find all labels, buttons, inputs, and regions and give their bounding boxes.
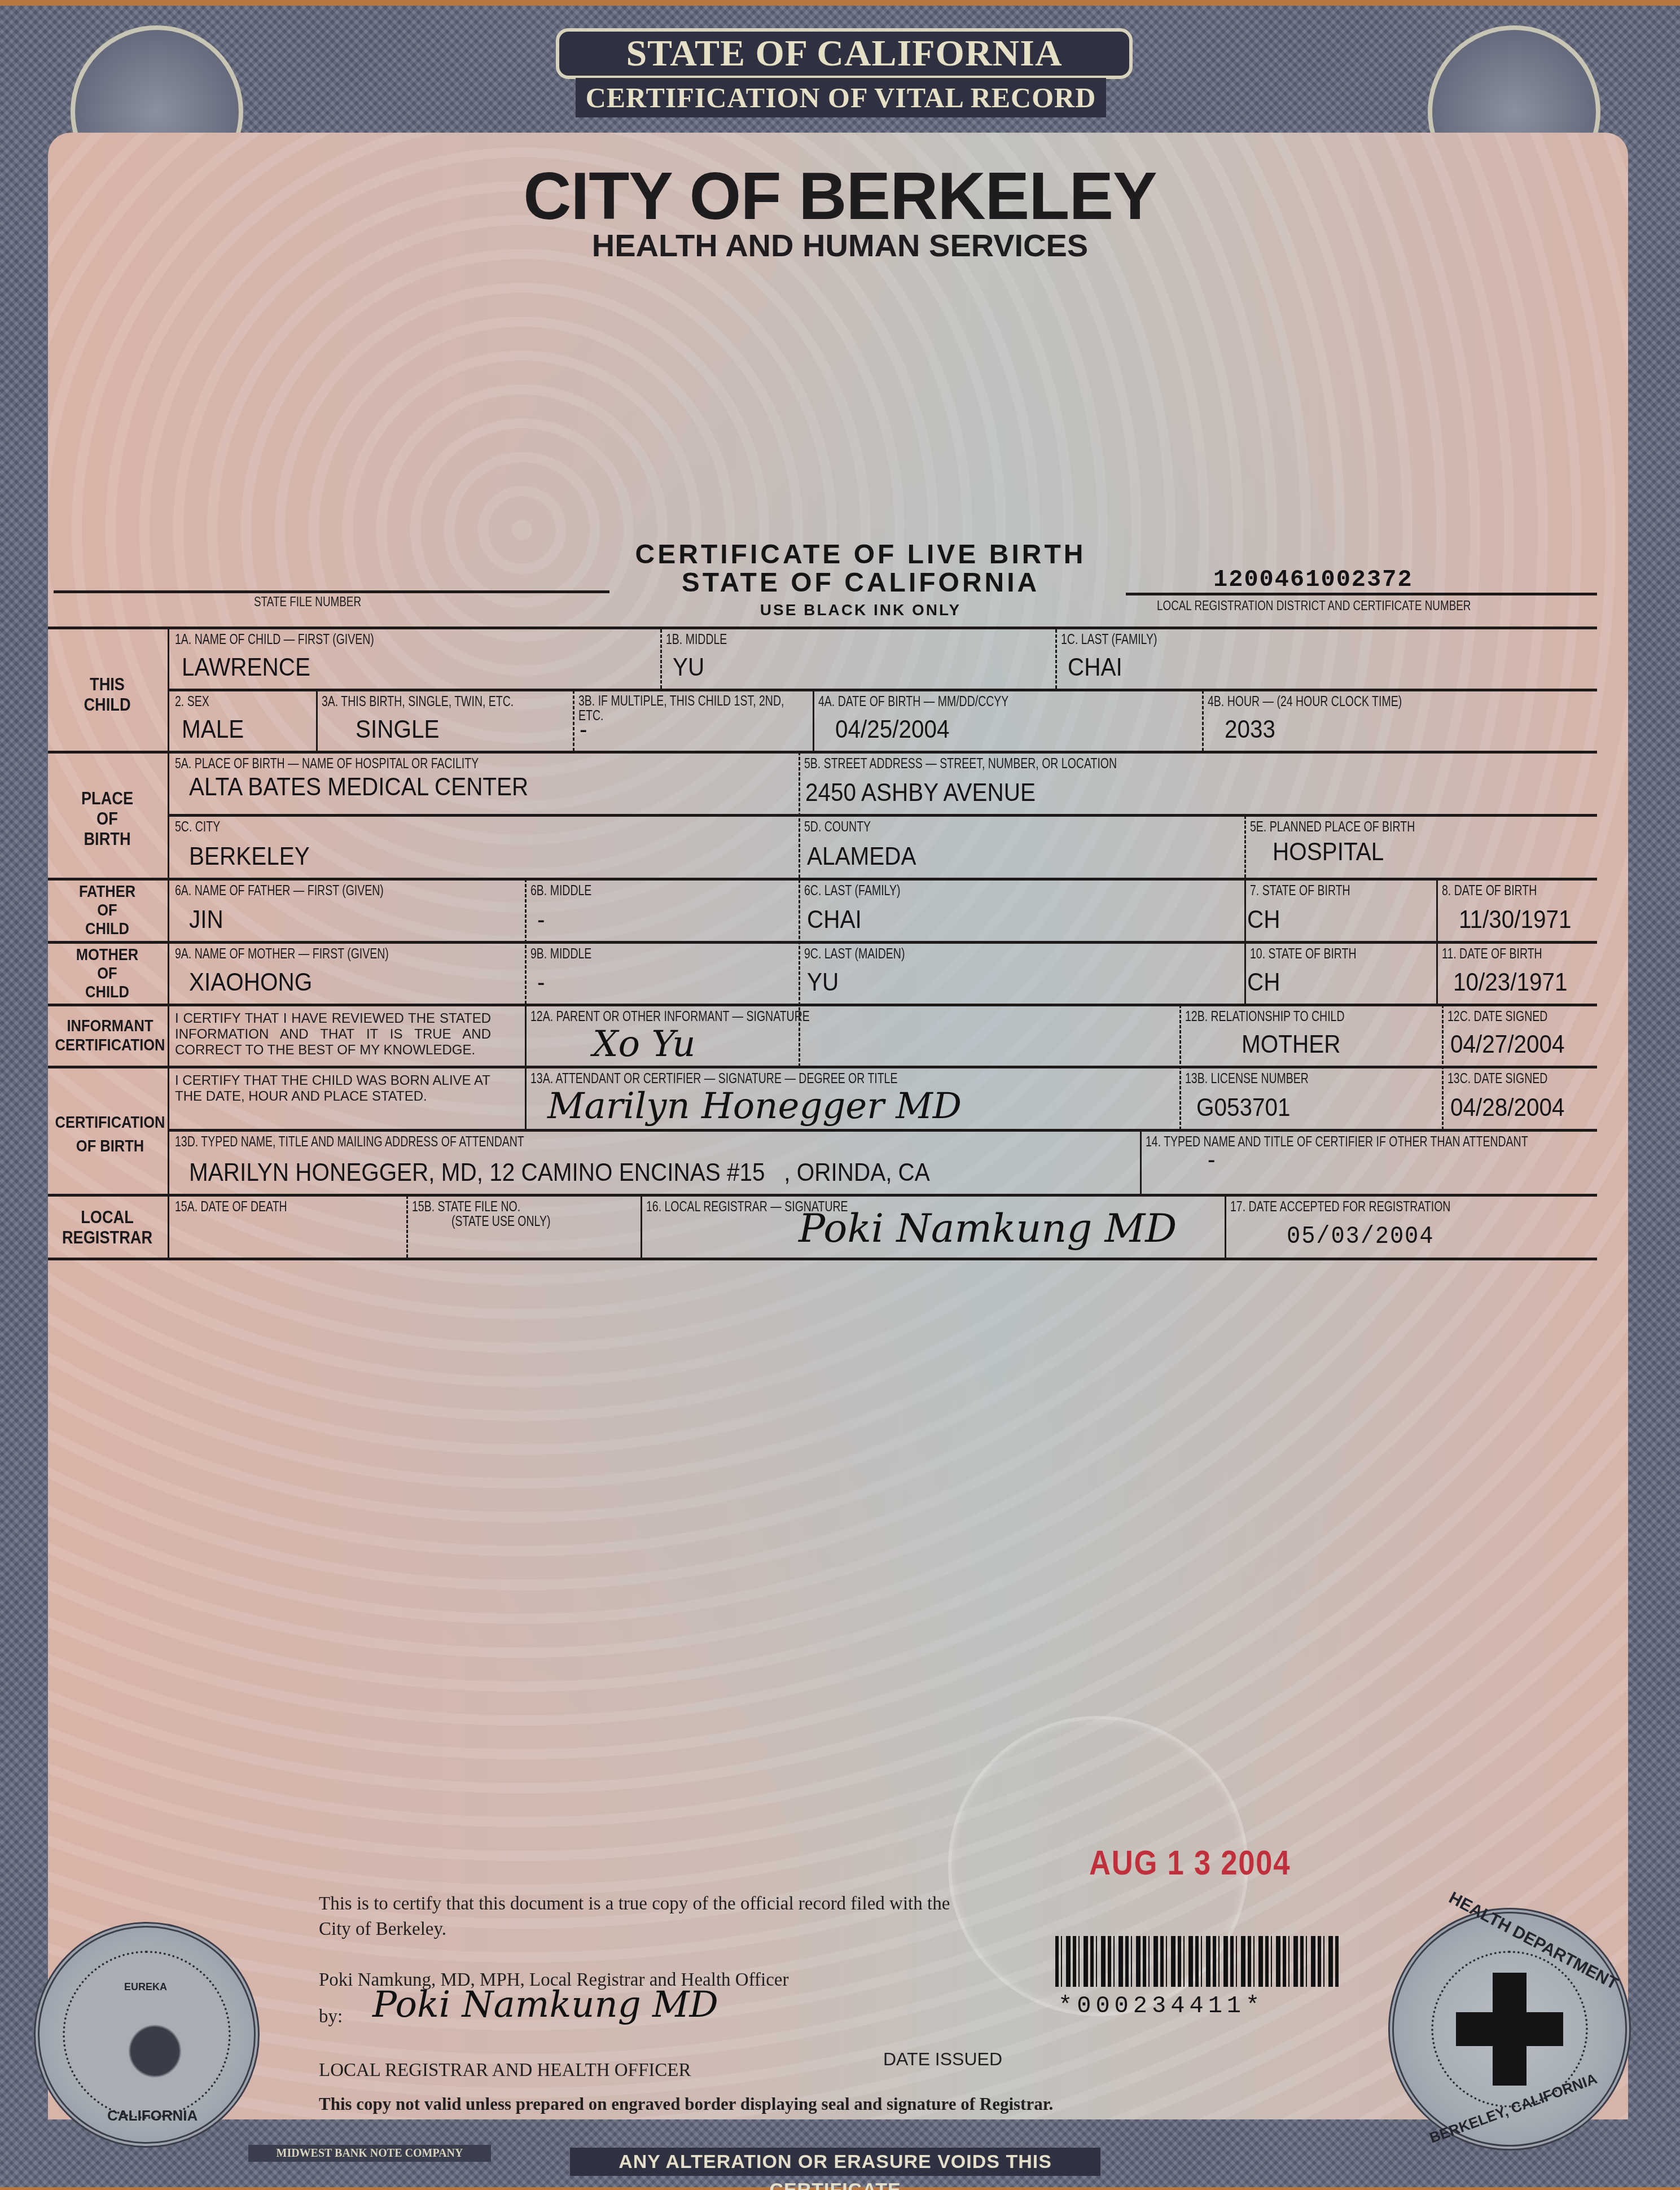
field-value: 2450 ASHBY AVENUE — [805, 779, 1036, 807]
seal-bottom-text: CALIFORNIA — [107, 2107, 198, 2125]
section-certification: CERTIFICATION OF BIRTH — [52, 1078, 168, 1191]
birth-record-table: THIS CHILD PLACE OF BIRTH FATHER OF CHIL… — [48, 627, 1597, 1264]
printer-label: MIDWEST BANK NOTE COMPANY — [248, 2145, 491, 2162]
field-label: 6B. MIDDLE — [530, 883, 591, 899]
date-issued-stamp: AUG 1 3 2004 — [1089, 1843, 1291, 1883]
field-label: 9A. NAME OF MOTHER — FIRST (GIVEN) — [175, 946, 389, 962]
vital-record-banner: CERTIFICATION OF VITAL RECORD — [576, 78, 1106, 117]
field-1c-last-name: 1C. LAST (FAMILY) CHAI — [1055, 629, 1597, 689]
field-16-local-registrar: 16. LOCAL REGISTRAR — SIGNATURE Poki Nam… — [641, 1197, 1225, 1258]
field-label: 13A. ATTENDANT OR CERTIFIER — SIGNATURE … — [530, 1071, 897, 1087]
field-label: 8. DATE OF BIRTH — [1442, 883, 1537, 899]
field-1a-first-name: 1A. NAME OF CHILD — FIRST (GIVEN) LAWREN… — [169, 629, 660, 689]
field-9a-mother-first: 9A. NAME OF MOTHER — FIRST (GIVEN) XIAOH… — [169, 944, 525, 1004]
field-label: 5A. PLACE OF BIRTH — NAME OF HOSPITAL OR… — [175, 756, 479, 772]
department-title: HEALTH AND HUMAN SERVICES — [0, 227, 1680, 264]
field-label: 12B. RELATIONSHIP TO CHILD — [1185, 1009, 1344, 1025]
state-banner: STATE OF CALIFORNIA — [556, 28, 1133, 79]
field-value: G053701 — [1196, 1094, 1291, 1122]
field-label: 3A. THIS BIRTH, SINGLE, TWIN, ETC. — [322, 694, 514, 710]
field-value: CHAI — [1068, 654, 1122, 682]
field-5b-street-address: 5B. STREET ADDRESS — STREET, NUMBER, OR … — [799, 754, 1597, 814]
health-cross-icon-bar — [1456, 2012, 1563, 2046]
field-13c-date-signed: 13C. DATE SIGNED 04/28/2004 — [1442, 1068, 1597, 1129]
field-label: 2. SEX — [175, 694, 209, 710]
field-6b-father-middle: 6B. MIDDLE - — [525, 881, 799, 941]
field-5c-city: 5C. CITY BERKELEY — [169, 817, 799, 878]
field-label: 13C. DATE SIGNED — [1447, 1071, 1547, 1087]
field-label: 1C. LAST (FAMILY) — [1061, 632, 1157, 648]
section-father: FATHER OF CHILD — [76, 879, 139, 940]
field-value: BERKELEY — [189, 843, 310, 871]
local-registration-number: 1200461002372 — [1213, 566, 1413, 593]
field-2-sex: 2. SEX MALE — [169, 691, 316, 751]
field-15a-date-of-death: 15A. DATE OF DEATH — [169, 1197, 406, 1258]
local-reg-line — [1126, 593, 1597, 595]
field-label: 7. STATE OF BIRTH — [1250, 883, 1350, 899]
seal-motto: EUREKA — [124, 1981, 167, 1993]
registrar-title: LOCAL REGISTRAR AND HEALTH OFFICER — [319, 2060, 691, 2081]
field-value: ALTA BATES MEDICAL CENTER — [189, 773, 528, 801]
barcode-number: *000234411* — [1058, 1992, 1264, 2020]
by-label: by: — [319, 2007, 343, 2027]
state-file-number-label: STATE FILE NUMBER — [254, 594, 361, 610]
field-value: YU — [807, 969, 839, 997]
field-label: 3B. IF MULTIPLE, THIS CHILD 1ST, 2ND, ET… — [578, 694, 799, 723]
field-label: 13B. LICENSE NUMBER — [1185, 1071, 1309, 1087]
barcode — [1055, 1936, 1340, 1987]
section-place-of-birth: PLACE OF BIRTH — [78, 762, 136, 875]
field-label: 4A. DATE OF BIRTH — MM/DD/CCYY — [818, 694, 1008, 710]
row-rule — [48, 1258, 1597, 1260]
field-4a-date-of-birth: 4A. DATE OF BIRTH — MM/DD/CCYY 04/25/200… — [813, 691, 1202, 751]
field-12c-date-signed: 12C. DATE SIGNED 04/27/2004 — [1442, 1006, 1597, 1066]
field-value: CH — [1247, 906, 1280, 934]
informant-statement-text: I CERTIFY THAT I HAVE REVIEWED THE STATE… — [175, 1011, 491, 1058]
ink-note: USE BLACK INK ONLY — [593, 601, 1129, 619]
field-10-mother-state: 10. STATE OF BIRTH CH — [1244, 944, 1436, 1004]
state-file-number-line — [54, 590, 609, 593]
field-value: CHAI — [807, 906, 862, 934]
field-value: 04/25/2004 — [835, 716, 950, 744]
informant-statement: I CERTIFY THAT I HAVE REVIEWED THE STATE… — [169, 1006, 525, 1066]
form-title-line1: CERTIFICATE OF LIVE BIRTH — [593, 539, 1129, 570]
field-label: 5C. CITY — [175, 819, 220, 835]
section-mother: MOTHER OF CHILD — [76, 943, 139, 1004]
field-value: YU — [673, 654, 704, 682]
field-4b-hour: 4B. HOUR — (24 HOUR CLOCK TIME) 2033 — [1202, 691, 1597, 751]
field-value: 2033 — [1225, 716, 1275, 744]
field-label: 10. STATE OF BIRTH — [1250, 946, 1357, 962]
field-value: 11/30/1971 — [1459, 906, 1572, 934]
birth-statement-text: I CERTIFY THAT THE CHILD WAS BORN ALIVE … — [175, 1073, 491, 1105]
registrar-signature: Poki Namkung MD — [799, 1205, 1177, 1251]
field-label: 5D. COUNTY — [804, 819, 871, 835]
field-17-date-accepted: 17. DATE ACCEPTED FOR REGISTRATION 05/03… — [1225, 1197, 1597, 1258]
field-value: - — [580, 716, 587, 744]
health-department-seal: HEALTH DEPARTMENT BERKELEY, CALIFORNIA — [1388, 1908, 1631, 2150]
field-label: 13D. TYPED NAME, TITLE AND MAILING ADDRE… — [175, 1134, 524, 1150]
field-3b-multiple-order: 3B. IF MULTIPLE, THIS CHILD 1ST, 2ND, ET… — [573, 691, 813, 751]
certify-statement-line1: This is to certify that this document is… — [319, 1894, 950, 1915]
alteration-warning-banner: ANY ALTERATION OR ERASURE VOIDS THIS CER… — [570, 2148, 1100, 2176]
field-label: 4B. HOUR — (24 HOUR CLOCK TIME) — [1208, 694, 1402, 710]
field-value: 04/27/2004 — [1450, 1031, 1565, 1059]
field-label: 11. DATE OF BIRTH — [1442, 946, 1542, 962]
field-5d-county: 5D. COUNTY ALAMEDA — [799, 817, 1244, 878]
field-7-father-state: 7. STATE OF BIRTH CH — [1244, 881, 1436, 941]
field-label: 12C. DATE SIGNED — [1447, 1009, 1547, 1025]
field-label: 5B. STREET ADDRESS — STREET, NUMBER, OR … — [804, 756, 1117, 772]
certify-statement-line2: City of Berkeley. — [319, 1919, 446, 1940]
section-this-child: THIS CHILD — [69, 638, 146, 751]
field-1b-middle-name: 1B. MIDDLE YU — [660, 629, 1055, 689]
field-13a-attendant-signature: 13A. ATTENDANT OR CERTIFIER — SIGNATURE … — [525, 1068, 1179, 1129]
field-label: 15B. STATE FILE NO. — [412, 1199, 520, 1215]
attendant-signature: Marilyn Honegger MD — [547, 1085, 962, 1127]
informant-signature: Xo Yu — [593, 1023, 695, 1065]
field-15b-state-file-no: 15B. STATE FILE NO. (STATE USE ONLY) — [406, 1197, 641, 1258]
field-13d-attendant-address: 13D. TYPED NAME, TITLE AND MAILING ADDRE… — [169, 1132, 1140, 1194]
field-value: SINGLE — [356, 716, 439, 744]
field-6a-father-first: 6A. NAME OF FATHER — FIRST (GIVEN) JIN — [169, 881, 525, 941]
field-value: - — [1208, 1146, 1215, 1174]
section-local-registrar: LOCAL REGISTRAR — [62, 1197, 153, 1258]
field-value: MOTHER — [1242, 1031, 1340, 1059]
field-label: 1A. NAME OF CHILD — FIRST (GIVEN) — [175, 632, 374, 648]
field-value: HOSPITAL — [1273, 838, 1384, 866]
field-8-father-dob: 8. DATE OF BIRTH 11/30/1971 — [1436, 881, 1597, 941]
field-3a-birth-type: 3A. THIS BIRTH, SINGLE, TWIN, ETC. SINGL… — [316, 691, 573, 751]
registrar-footer-signature: Poki Namkung MD — [372, 1984, 718, 2026]
field-value: 10/23/1971 — [1453, 969, 1568, 997]
field-9c-mother-maiden: 9C. LAST (MAIDEN) YU — [799, 944, 1244, 1004]
field-6c-father-last: 6C. LAST (FAMILY) CHAI — [799, 881, 1244, 941]
field-label: 1B. MIDDLE — [666, 632, 727, 648]
field-9b-mother-middle: 9B. MIDDLE - — [525, 944, 799, 1004]
field-value: CH — [1247, 969, 1280, 997]
field-label: 9B. MIDDLE — [530, 946, 591, 962]
field-value: MARILYN HONEGGER, MD, 12 CAMINO ENCINAS … — [189, 1159, 930, 1187]
great-seal-of-california: EUREKA CALIFORNIA — [34, 1922, 260, 2148]
field-value: XIAOHONG — [189, 969, 312, 997]
field-label: 5E. PLANNED PLACE OF BIRTH — [1250, 819, 1415, 835]
field-5e-planned-place: 5E. PLANNED PLACE OF BIRTH HOSPITAL — [1244, 817, 1597, 878]
field-sublabel: (STATE USE ONLY) — [451, 1214, 551, 1230]
field-value: MALE — [182, 716, 244, 744]
field-14-certifier: 14. TYPED NAME AND TITLE OF CERTIFIER IF… — [1140, 1132, 1597, 1194]
field-value: 05/03/2004 — [1287, 1223, 1434, 1251]
birth-statement: I CERTIFY THAT THE CHILD WAS BORN ALIVE … — [169, 1068, 525, 1129]
seal-inner-ring — [63, 1951, 231, 2119]
field-12b-relationship: 12B. RELATIONSHIP TO CHILD MOTHER — [1179, 1006, 1442, 1066]
field-label: 12A. PARENT OR OTHER INFORMANT — SIGNATU… — [530, 1009, 810, 1025]
field-11-mother-dob: 11. DATE OF BIRTH 10/23/1971 — [1436, 944, 1597, 1004]
field-label: 14. TYPED NAME AND TITLE OF CERTIFIER IF… — [1146, 1134, 1528, 1150]
local-reg-label: LOCAL REGISTRATION DISTRICT AND CERTIFIC… — [1157, 598, 1471, 614]
form-title-line2: STATE OF CALIFORNIA — [593, 567, 1129, 598]
field-12a-informant-signature: 12A. PARENT OR OTHER INFORMANT — SIGNATU… — [525, 1006, 1179, 1066]
field-label: 17. DATE ACCEPTED FOR REGISTRATION — [1230, 1199, 1450, 1215]
issuer-title: CITY OF BERKELEY — [0, 158, 1680, 235]
field-label: 9C. LAST (MAIDEN) — [804, 946, 905, 962]
validity-note: This copy not valid unless prepared on e… — [319, 2094, 1053, 2114]
certificate-border: STATE OF CALIFORNIA CERTIFICATION OF VIT… — [0, 6, 1680, 2187]
field-value: LAWRENCE — [182, 654, 310, 682]
field-value: ALAMEDA — [807, 843, 916, 871]
field-13b-license-number: 13B. LICENSE NUMBER G053701 — [1179, 1068, 1442, 1129]
field-5a-facility: 5A. PLACE OF BIRTH — NAME OF HOSPITAL OR… — [169, 754, 799, 814]
field-value: - — [537, 906, 545, 934]
section-informant: INFORMANT CERTIFICATION — [52, 1006, 168, 1066]
field-value: - — [537, 969, 545, 997]
field-value: JIN — [189, 906, 223, 934]
field-label: 6C. LAST (FAMILY) — [804, 883, 901, 899]
field-label: 15A. DATE OF DEATH — [175, 1199, 287, 1215]
field-value: 04/28/2004 — [1450, 1094, 1565, 1122]
date-issued-label: DATE ISSUED — [883, 2049, 1002, 2070]
field-label: 6A. NAME OF FATHER — FIRST (GIVEN) — [175, 883, 384, 899]
